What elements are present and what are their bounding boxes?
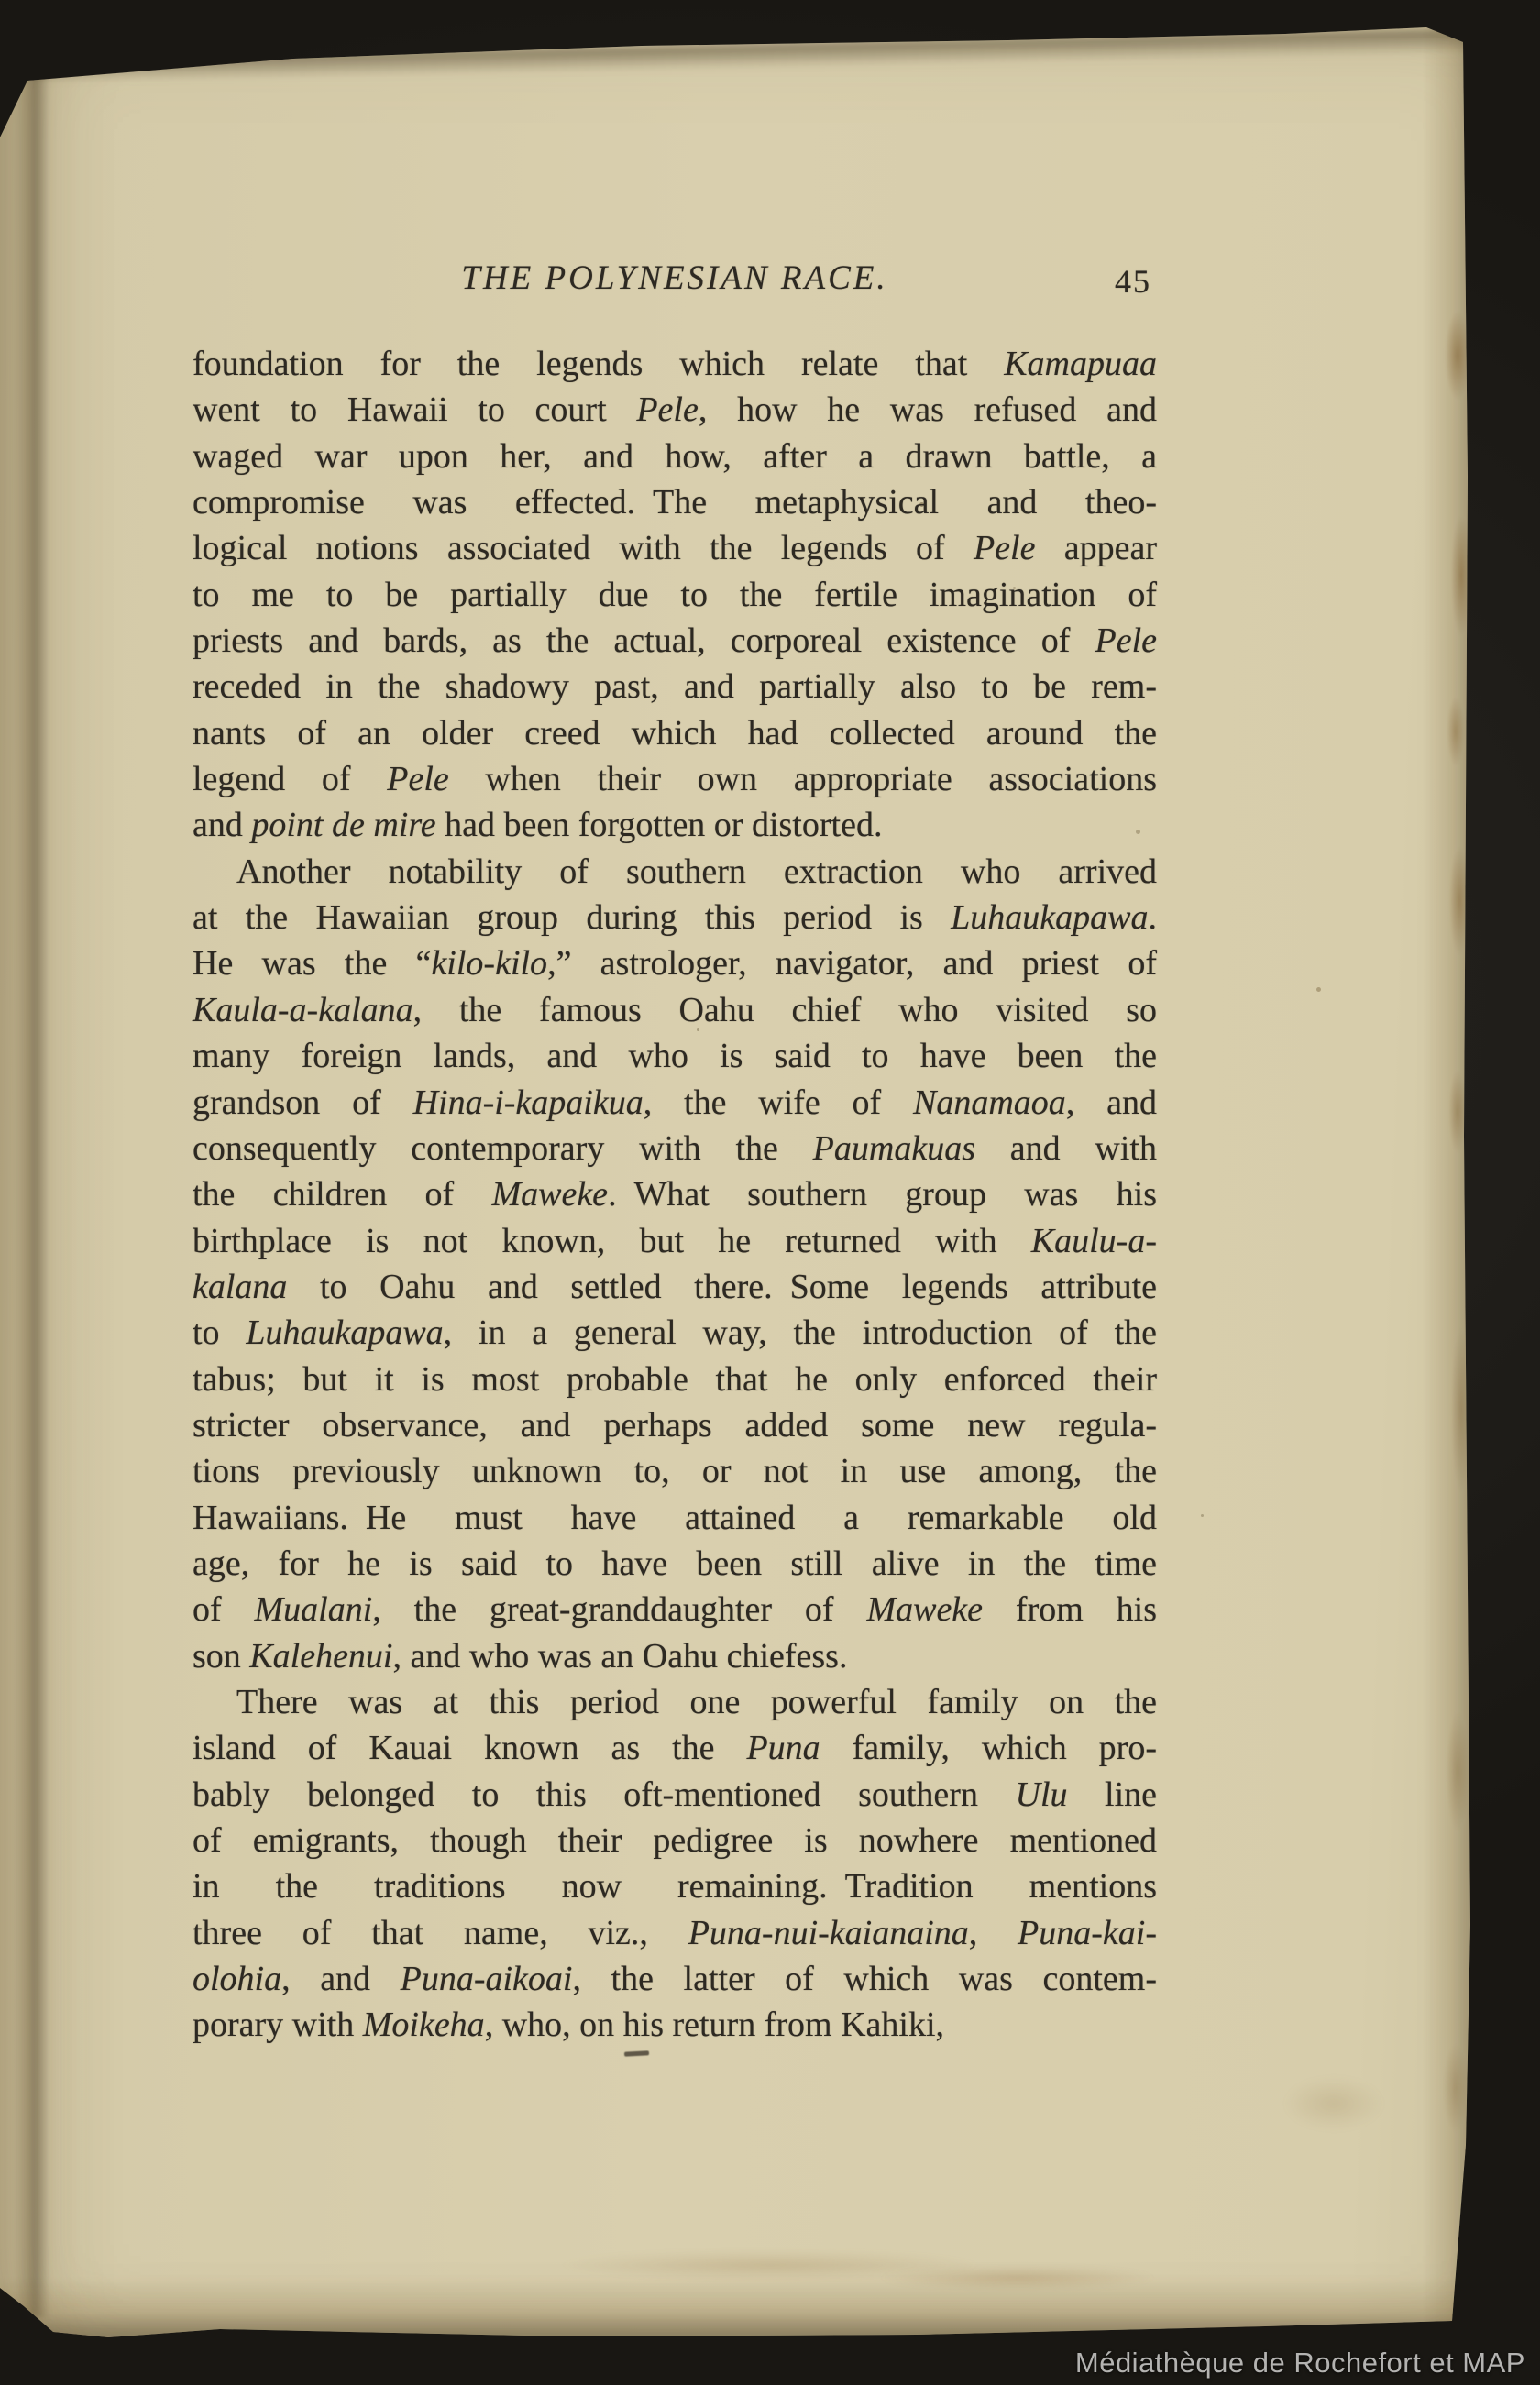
text-segment: . <box>1149 898 1158 937</box>
text-segment: , and <box>1066 1083 1157 1122</box>
text-segment: to <box>192 1313 246 1352</box>
text-segment: line <box>1068 1775 1158 1814</box>
text-segment: three of that name, viz., <box>192 1914 688 1952</box>
text-line: in the traditions now remaining. Traditi… <box>192 1863 1157 1909</box>
text-segment: appear <box>1035 529 1157 567</box>
text-line: There was at this period one powerful fa… <box>192 1679 1157 1725</box>
text-segment: , how he was refused and <box>698 390 1157 429</box>
text-segment: stricter observance, and perhaps added s… <box>192 1406 1157 1445</box>
italic-term: Puna <box>746 1729 819 1767</box>
text-line: at the Hawaiian group during this period… <box>192 895 1157 940</box>
text-line: of Mualani, the great-granddaughter of M… <box>192 1587 1157 1632</box>
text-line: island of Kauai known as the Puna family… <box>192 1725 1157 1771</box>
text-line: legend of Pele when their own appropriat… <box>192 756 1157 802</box>
text-segment: priests and bards, as the actual, corpor… <box>192 621 1094 660</box>
text-segment: in the traditions now remaining. Traditi… <box>192 1867 1157 1906</box>
paper-specks <box>0 0 3 3</box>
text-segment: from his <box>983 1590 1157 1629</box>
text-segment: , and who was an Oahu chiefess. <box>393 1637 848 1676</box>
text-line: receded in the shadowy past, and partial… <box>192 664 1157 709</box>
text-line: porary with Moikeha, who, on his return … <box>192 2002 1157 2048</box>
running-header-title: THE POLYNESIAN RACE. <box>192 258 1157 299</box>
text-segment: . What southern group was his <box>608 1175 1157 1214</box>
text-segment: compromise was effected. The metaphysica… <box>192 483 1157 522</box>
text-segment: had been forgotten or distorted. <box>436 806 883 844</box>
text-segment: Another notability of southern extractio… <box>236 852 1157 891</box>
text-line: He was the “kilo-kilo,” astrologer, navi… <box>192 940 1157 986</box>
text-segment: receded in the shadowy past, and partial… <box>192 667 1157 706</box>
text-line: foundation for the legends which relate … <box>192 341 1157 387</box>
italic-term: Maweke <box>866 1590 983 1629</box>
text-segment: to me to be partially due to the fertile… <box>192 576 1157 614</box>
text-segment: , the famous Oahu chief who visited so <box>413 991 1157 1029</box>
scan-background: THE POLYNESIAN RACE. 45 foundation for t… <box>0 0 1540 2385</box>
text-segment: many foreign lands, and who is said to h… <box>192 1037 1157 1075</box>
text-segment: and with <box>975 1129 1157 1168</box>
italic-term: Pele <box>973 529 1036 567</box>
italic-term: Hina-i-kapaikua <box>413 1083 643 1122</box>
text-segment: grandson of <box>192 1083 413 1122</box>
watermark-text: Médiathèque de Rochefort et MAP <box>1075 2347 1525 2380</box>
book-page: THE POLYNESIAN RACE. 45 foundation for t… <box>0 0 1540 2385</box>
text-segment: at the Hawaiian group during this period… <box>192 898 951 937</box>
text-line: birthplace is not known, but he returned… <box>192 1218 1157 1264</box>
text-segment: age, for he is said to have been still a… <box>192 1544 1157 1583</box>
text-segment: when their own appropriate associations <box>449 760 1157 798</box>
italic-term: Pele <box>636 390 698 429</box>
text-segment: island of Kauai known as the <box>192 1729 746 1767</box>
text-line: olohia, and Puna-aikoai, the latter of w… <box>192 1956 1157 2002</box>
italic-term: Kaula-a-kalana <box>192 991 413 1029</box>
italic-term: Nanamaoa <box>913 1083 1066 1122</box>
text-line: compromise was effected. The metaphysica… <box>192 479 1157 525</box>
text-segment: the children of <box>192 1175 491 1214</box>
text-segment: Hawaiians. He must have attained a remar… <box>192 1499 1157 1537</box>
italic-term: point de mire <box>251 806 435 844</box>
italic-term: Kamapuaa <box>1004 345 1157 383</box>
text-segment: birthplace is not known, but he returned… <box>192 1222 1031 1260</box>
italic-term: Ulu <box>1016 1775 1068 1814</box>
text-segment: logical notions associated with the lege… <box>192 529 973 567</box>
italic-term: Pele <box>387 760 449 798</box>
text-segment: of <box>192 1590 255 1629</box>
text-segment: , and <box>281 1960 401 1998</box>
text-line: son Kalehenui, and who was an Oahu chief… <box>192 1633 1157 1679</box>
text-segment: , the latter of which was contem- <box>572 1960 1157 1998</box>
italic-term: Pele <box>1094 621 1157 660</box>
page-text: foundation for the legends which relate … <box>192 341 1157 2049</box>
text-segment: , the great-granddaughter of <box>372 1590 866 1629</box>
text-line: Kaula-a-kalana, the famous Oahu chief wh… <box>192 987 1157 1033</box>
text-line: to me to be partially due to the fertile… <box>192 572 1157 618</box>
text-segment: son <box>192 1637 249 1676</box>
text-segment: ,” astrologer, navigator, and priest of <box>547 944 1157 983</box>
text-line: consequently contemporary with the Pauma… <box>192 1126 1157 1171</box>
text-segment: , in a general way, the introduction of … <box>444 1313 1157 1352</box>
text-segment: went to Hawaii to court <box>192 390 636 429</box>
italic-term: Kaulu-a- <box>1031 1222 1157 1260</box>
italic-term: Puna-nui-kaianaina <box>688 1914 969 1952</box>
text-line: age, for he is said to have been still a… <box>192 1541 1157 1587</box>
text-line: went to Hawaii to court Pele, how he was… <box>192 387 1157 433</box>
text-line: logical notions associated with the lege… <box>192 525 1157 571</box>
text-segment: nants of an older creed which had collec… <box>192 714 1157 753</box>
page-number: 45 <box>1115 262 1151 301</box>
italic-term: Puna-kai- <box>1017 1914 1157 1952</box>
text-line: many foreign lands, and who is said to h… <box>192 1033 1157 1079</box>
text-line: three of that name, viz., Puna-nui-kaian… <box>192 1910 1157 1956</box>
italic-term: kalana <box>192 1268 287 1306</box>
text-segment: tions previously unknown to, or not in u… <box>192 1452 1157 1490</box>
text-segment: foundation for the legends which relate … <box>192 345 1004 383</box>
text-segment: porary with <box>192 2006 363 2044</box>
text-segment: to Oahu and settled there. Some legends … <box>287 1268 1157 1306</box>
text-segment: waged war upon her, and how, after a dra… <box>192 437 1157 476</box>
text-segment: bably belonged to this oft-mentioned sou… <box>192 1775 1016 1814</box>
text-line: waged war upon her, and how, after a dra… <box>192 434 1157 479</box>
text-segment: legend of <box>192 760 387 798</box>
text-segment: , <box>969 1914 1017 1952</box>
italic-term: Mualani <box>255 1590 373 1629</box>
italic-term: olohia <box>192 1960 281 1998</box>
italic-term: Luhaukapawa <box>951 898 1148 937</box>
text-line: tions previously unknown to, or not in u… <box>192 1448 1157 1494</box>
text-segment: , the wife of <box>643 1083 913 1122</box>
text-segment: tabus; but it is most probable that he o… <box>192 1360 1157 1399</box>
text-line: tabus; but it is most probable that he o… <box>192 1357 1157 1402</box>
text-segment: There was at this period one powerful fa… <box>236 1683 1157 1721</box>
italic-term: Maweke <box>491 1175 608 1214</box>
text-line: kalana to Oahu and settled there. Some l… <box>192 1264 1157 1310</box>
italic-term: Luhaukapawa <box>246 1313 443 1352</box>
text-line: Hawaiians. He must have attained a remar… <box>192 1495 1157 1541</box>
text-line: the children of Maweke. What southern gr… <box>192 1171 1157 1217</box>
text-line: of emigrants, though their pedigree is n… <box>192 1818 1157 1863</box>
text-line: nants of an older creed which had collec… <box>192 710 1157 756</box>
italic-term: kilo-kilo <box>431 944 547 983</box>
text-line: bably belonged to this oft-mentioned sou… <box>192 1772 1157 1818</box>
running-header: THE POLYNESIAN RACE. 45 <box>192 258 1157 301</box>
text-segment: He was the “ <box>192 944 431 983</box>
italic-term: Kalehenui <box>249 1637 392 1676</box>
italic-term: Puna-aikoai <box>401 1960 573 1998</box>
text-segment: consequently contemporary with the <box>192 1129 813 1168</box>
text-segment: of emigrants, though their pedigree is n… <box>192 1821 1157 1860</box>
italic-term: Moikeha <box>363 2006 485 2044</box>
text-segment: and <box>192 806 251 844</box>
text-segment: , who, on his return from Kahiki, <box>485 2006 944 2044</box>
text-line: and point de mire had been forgotten or … <box>192 802 1157 848</box>
text-line: to Luhaukapawa, in a general way, the in… <box>192 1310 1157 1356</box>
text-line: priests and bards, as the actual, corpor… <box>192 618 1157 664</box>
text-segment: family, which pro- <box>820 1729 1157 1767</box>
text-line: stricter observance, and perhaps added s… <box>192 1402 1157 1448</box>
text-line: Another notability of southern extractio… <box>192 849 1157 895</box>
text-line: grandson of Hina-i-kapaikua, the wife of… <box>192 1080 1157 1126</box>
italic-term: Paumakuas <box>813 1129 975 1168</box>
